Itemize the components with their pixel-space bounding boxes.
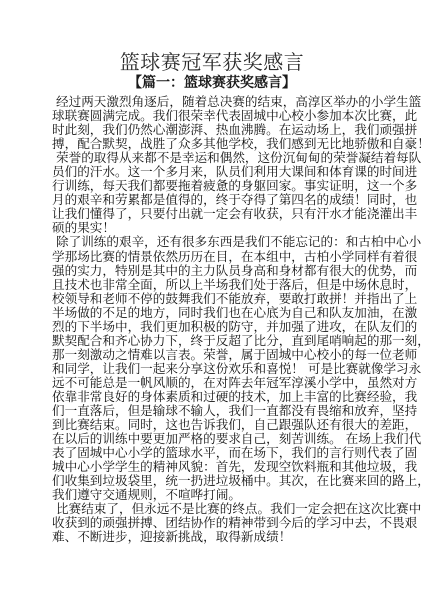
text-line: 难、不断进步，迎接新挑战，取得新成绩！ [52,530,382,544]
text-line: 比赛结束了，但永远不是比赛的终点。我们一定会把在这次比赛中 [52,502,382,516]
text-line: 硕的果实！ [52,221,382,235]
text-line: 强的实力，特别是其中的主力队员身高和身材都有很大的优势，而 [52,264,382,278]
document-body: 经过两天激烈角逐后，随着总决赛的结束，高淳区举办的小学生篮球联赛圆满完成。我们很… [52,95,382,545]
text-line: 依靠非常良好的身体素质和过硬的技术，加上丰富的比赛经验，我 [52,390,382,404]
text-line: 时此刻，我们仍然心潮澎湃、热血沸腾。在运动场上，我们顽强拼 [52,123,382,137]
text-line: 球联赛圆满完成。我们很荣幸代表固城中心校小参加本次比赛，此 [52,109,382,123]
text-line: 让我们懂得了，只要付出就一定会有收获，只有汗水才能浇灌出丰 [52,207,382,221]
text-line: 收获到的顽强拼搏、团结协作的精神带到今后的学习中去，不畏艰 [52,516,382,530]
document-subtitle: 【篇一：篮球赛获奖感言】 [0,74,424,92]
text-line: 半场做的不足的地方，同时我们也在心底为自己和队友加油，在激 [52,306,382,320]
text-line: 远不可能总是一帆风顺的，在对阵去年冠军淳溪小学中，虽然对方 [52,376,382,390]
text-line: 且技术也非常全面，所以上半场我们处于落后，但是中场休息时， [52,278,382,292]
text-line: 荣誉的取得从来都不是幸运和偶然，这份沉甸甸的荣誉凝结着每队 [52,151,382,165]
text-line: 行训练，每天我们都要拖着疲惫的身躯回家。事实证明，这一个多 [52,179,382,193]
document-title: 篮球赛冠军获奖感言 [0,50,424,74]
document-page: 篮球赛冠军获奖感言 【篇一：篮球赛获奖感言】 经过两天激烈角逐后，随着总决赛的结… [0,0,424,600]
text-line: 我们遵守交通规则，不喧哗打闹。 [52,488,382,502]
text-line: 除了训练的艰辛，还有很多东西是我们不能忘记的：和古柏中心小 [52,235,382,249]
text-line: 们一直落后，但是输球不输人，我们一直都没有畏缩和放弃，坚持 [52,404,382,418]
text-line: 到比赛结束。同时，这也告诉我们，自己跟强队还有很大的差距， [52,418,382,432]
text-line: 们收集到垃圾袋里，统一扔进垃圾桶中。其次，在比赛来回的路上， [52,474,382,488]
text-line: 月的艰辛和劳累都是值得的，终于夺得了第四名的成绩！同时，也 [52,193,382,207]
text-line: 烈的下半场中，我们更加积极的防守，并加强了进攻，在队友们的 [52,320,382,334]
text-line: 那一刻激动之情难以言表。荣誉，属于固城中心校小的每一位老师 [52,348,382,362]
text-line: 员们的汗水。这一个多月来，队员们利用大课间和体育课的时间进 [52,165,382,179]
text-line: 校领导和老师不停的鼓舞我们不能放弃，要敢打敢拼！并指出了上 [52,292,382,306]
text-line: 经过两天激烈角逐后，随着总决赛的结束，高淳区举办的小学生篮 [52,95,382,109]
text-line: 默契配合和齐心协力下，终于反超了比分，直到尾哨响起的那一刻， [52,334,382,348]
text-line: 学那场比赛的情景依然历历在目，在本组中，古柏小学同样有着很 [52,250,382,264]
text-line: 城中心小学学生的精神风貌：首先，发现空饮料瓶和其他垃圾，我 [52,460,382,474]
text-line: 搏，配合默契，战胜了众多其他学校，我们感到无比地骄傲和自豪！ [52,137,382,151]
text-line: 表了固城中心小学的篮球水平，而在场下，我们的言行则代表了固 [52,446,382,460]
text-line: 和同学，让我们一起来分享这份欢乐和喜悦！ 可是比赛就像学习永 [52,362,382,376]
text-line: 在以后的训练中要更加严格的要求自己，刻苦训练。 在场上我们代 [52,432,382,446]
